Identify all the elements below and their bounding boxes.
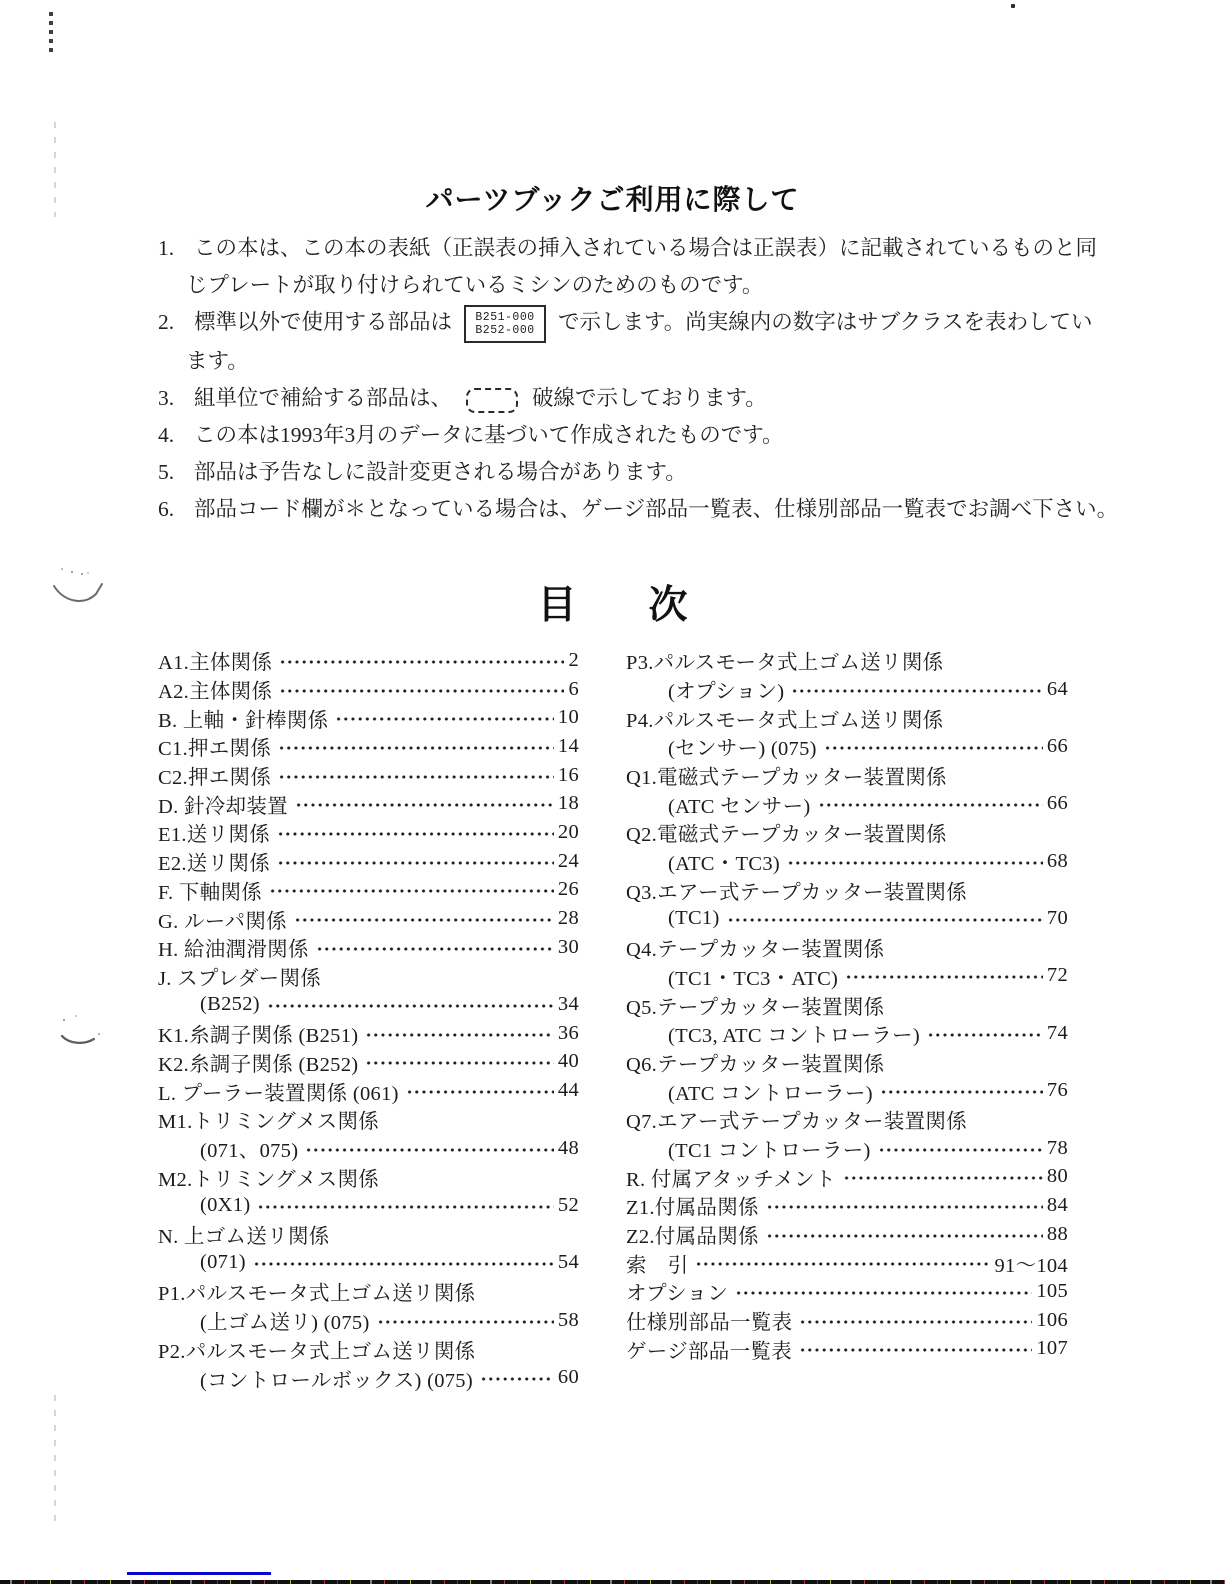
toc-entry-label: P4.パルスモータ式上ゴム送リ関係 (626, 703, 943, 733)
toc-entry-page: 107 (1036, 1337, 1068, 1360)
toc-leader-dots (480, 1363, 554, 1392)
note-2-line-1: 2.標準以外で使用する部品はB251-000B252-000で示します。尚実線内… (158, 304, 1073, 343)
toc-entry-page: 30 (558, 936, 579, 959)
toc-entry: 仕様別部品一覧表 106 (626, 1306, 1068, 1335)
toc-entry-page: 66 (1047, 792, 1068, 815)
toc-entry-page: 60 (558, 1366, 579, 1389)
toc-entry-page: 2 (568, 649, 579, 672)
toc-entry-label: (B252) (200, 993, 260, 1016)
toc-entry: (ATC センサー) 66 (626, 789, 1068, 818)
toc-entry-label: H. 給油潤滑関係 (158, 932, 309, 962)
toc-entry: (TC1) 70 (626, 904, 1068, 933)
toc-entry: (オプション) 64 (626, 675, 1068, 704)
toc-entry-label: E2.送リ関係 (158, 846, 270, 876)
note-number: 1. (158, 230, 194, 267)
toc-entry: P2.パルスモータ式上ゴム送リ関係 (158, 1335, 579, 1364)
toc-heading-char: 目 (537, 574, 576, 630)
toc-leader-dots (766, 1220, 1043, 1249)
toc-entry: P3.パルスモータ式上ゴム送リ関係 (626, 646, 1068, 675)
toc-entry-page: 18 (558, 792, 579, 815)
toc-leader-dots (787, 847, 1043, 876)
toc-entry-label: (ATC・TC3) (668, 846, 780, 876)
toc-leader-dots (267, 990, 554, 1019)
toc-leader-dots (279, 675, 564, 704)
toc-entry: (071、075) 48 (158, 1134, 579, 1163)
toc-entry-page: 76 (1047, 1079, 1068, 1102)
toc-heading-char: 次 (649, 574, 688, 630)
toc-entry: (0X1) 52 (158, 1191, 579, 1220)
toc-entry-label: (071) (200, 1251, 246, 1274)
toc-entry-page: 48 (558, 1137, 579, 1160)
toc-entry-page: 64 (1047, 678, 1068, 701)
toc-entry-label: (オプション) (668, 674, 784, 704)
toc-leader-dots (277, 818, 554, 847)
toc-entry-page: 16 (558, 764, 579, 787)
toc-leader-dots (328, 962, 575, 991)
toc-leader-dots (279, 646, 564, 675)
toc-entry-label: P1.パルスモータ式上ゴム送リ関係 (158, 1276, 475, 1306)
toc-leader-dots (735, 1277, 1032, 1306)
scan-artifact-left-edge-dashes (54, 1395, 56, 1530)
note-1-line-1: 1.この本は、この本の表紙（正誤表の挿入されている場合は正誤表）に記載されている… (158, 230, 1073, 267)
toc-entry-page: 34 (558, 993, 579, 1016)
note-2-line-2: ます。 (158, 343, 1073, 380)
note-text: で示します。尚実線内の数字はサブクラスを表わしてい (558, 310, 1093, 334)
toc-entry-label: (TC1 コントローラー) (668, 1133, 871, 1163)
note-number: 4. (158, 417, 194, 454)
toc-entry-page: 10 (558, 706, 579, 729)
toc-entry: Q4.テープカッター装置関係 (626, 933, 1068, 962)
note-text: 部品は予告なしに設計変更される場合があります。 (194, 460, 687, 484)
note-6-line-1: 6.部品コード欄が＊となっている場合は、ゲージ部品一覧表、仕様別部品一覧表でお調… (158, 491, 1073, 528)
toc-entry: Z2.付属品関係 88 (626, 1220, 1068, 1249)
toc-entry: (TC1・TC3・ATC) 72 (626, 962, 1068, 991)
toc-entry-page: 14 (558, 735, 579, 758)
toc-entry-page: 105 (1036, 1280, 1068, 1303)
toc-entry: (センサー) (075) 66 (626, 732, 1068, 761)
toc-entry: (071) 54 (158, 1248, 579, 1277)
note-3-line-1: 3.組単位で補給する部品は、破線で示しております。 (158, 380, 1073, 417)
toc-entry: (コントロールボックス) (075) 60 (158, 1363, 579, 1392)
toc-entry: ゲージ部品一覧表 107 (626, 1335, 1068, 1364)
toc-entry-label: A1.主体関係 (158, 645, 272, 675)
toc-entry-label: (ATC センサー) (668, 789, 811, 819)
toc-leader-dots (253, 1248, 554, 1277)
toc-entry: L. プーラー装置関係 (061) 44 (158, 1076, 579, 1105)
toc-entry: R. 付属アタッチメント 80 (626, 1162, 1068, 1191)
toc-entry-label: A2.主体関係 (158, 674, 272, 704)
toc-entry-label: K1.糸調子関係 (B251) (158, 1018, 358, 1048)
toc-entry: Q5.テープカッター装置関係 (626, 990, 1068, 1019)
toc-entry-label: 仕様別部品一覧表 (626, 1305, 792, 1335)
toc-entry-page: 84 (1047, 1194, 1068, 1217)
toc-leader-dots (386, 1105, 575, 1134)
toc-entry-page: 36 (558, 1022, 579, 1045)
toc-leader-dots (377, 1306, 554, 1335)
toc-entry: B. 上軸・針棒関係 10 (158, 703, 579, 732)
toc-column-right: P3.パルスモータ式上ゴム送リ関係 (オプション) 64 P4.パルスモータ式上… (626, 646, 1068, 1363)
toc-leader-dots (295, 789, 554, 818)
toc-leader-dots (799, 1335, 1032, 1364)
toc-entry: Q6.テープカッター装置関係 (626, 1048, 1068, 1077)
toc-entry: G. ルーパ関係 28 (158, 904, 579, 933)
toc-entry-label: C2.押エ関係 (158, 760, 271, 790)
toc-leader-dots (891, 933, 1064, 962)
toc-entry-page: 74 (1047, 1022, 1068, 1045)
toc-entry: J. スプレダー関係 (158, 962, 579, 991)
toc-entry-page: 52 (558, 1194, 579, 1217)
toc-entry-label: L. プーラー装置関係 (061) (158, 1076, 399, 1106)
subclass-code-line: B252-000 (475, 324, 534, 337)
toc-entry-label: (TC1・TC3・ATC) (668, 961, 838, 991)
toc-entry-page: 20 (558, 821, 579, 844)
toc-entry: C2.押エ関係 16 (158, 761, 579, 790)
toc-entry-label: D. 針冷却装置 (158, 789, 288, 819)
toc-entry: Q3.エアー式テープカッター装置関係 (626, 876, 1068, 905)
toc-entry-label: (071、075) (200, 1133, 298, 1163)
toc-entry-label: (ATC コントローラー) (668, 1076, 873, 1106)
toc-entry-page: 26 (558, 878, 579, 901)
note-4-line-1: 4.この本は1993年3月のデータに基づいて作成されたものです。 (158, 417, 1073, 454)
toc-leader-dots (974, 1105, 1064, 1134)
document-title: パーツブックご利用に際して (0, 178, 1225, 218)
note-number: 6. (158, 491, 194, 528)
toc-entry-page: 44 (558, 1079, 579, 1102)
dashed-group-box (466, 388, 518, 413)
toc-entry-label: P3.パルスモータ式上ゴム送リ関係 (626, 645, 943, 675)
toc-entry-label: F. 下軸関係 (158, 875, 262, 905)
toc-leader-dots (974, 876, 1064, 905)
scanned-parts-book-page: パーツブックご利用に際して 1.この本は、この本の表紙（正誤表の挿入されている場… (0, 0, 1225, 1585)
toc-leader-dots (277, 847, 554, 876)
toc-entry-label: M2.トリミングメス関係 (158, 1162, 379, 1192)
toc-leader-dots (950, 646, 1064, 675)
toc-entry-page: 54 (558, 1251, 579, 1274)
note-text: この本は1993年3月のデータに基づいて作成されたものです。 (194, 423, 784, 447)
note-text: 組単位で補給する部品は、 (194, 386, 452, 410)
toc-leader-dots (294, 904, 554, 933)
toc-entry-label: オプション (626, 1276, 728, 1306)
note-number: 5. (158, 454, 194, 491)
toc-entry: M2.トリミングメス関係 (158, 1162, 579, 1191)
toc-leader-dots (954, 818, 1064, 847)
toc-entry-label: P2.パルスモータ式上ゴム送リ関係 (158, 1334, 475, 1364)
toc-entry: Z1.付属品関係 84 (626, 1191, 1068, 1220)
toc-leader-dots (727, 904, 1043, 933)
note-1-line-2: じプレートが取り付けられているミシンのためのものです。 (158, 267, 1073, 304)
toc-entry-label: Q5.テープカッター装置関係 (626, 990, 884, 1020)
toc-entry: (TC3, ATC コントローラー) 74 (626, 1019, 1068, 1048)
toc-entry-page: 70 (1047, 907, 1068, 930)
toc-leader-dots (791, 675, 1042, 704)
toc-entry-label: (コントロールボックス) (075) (200, 1363, 473, 1393)
toc-leader-dots (316, 933, 554, 962)
toc-entry-label: (TC1) (668, 907, 720, 930)
toc-entry: (上ゴム送リ) (075) 58 (158, 1306, 579, 1335)
toc-entry-label: Q4.テープカッター装置関係 (626, 932, 884, 962)
toc-entry-page: 24 (558, 850, 579, 873)
toc-entry-page: 68 (1047, 850, 1068, 873)
toc-entry-page: 91〜104 (994, 1248, 1068, 1278)
toc-leader-dots (337, 1220, 575, 1249)
toc-entry: H. 給油潤滑関係 30 (158, 933, 579, 962)
toc-leader-dots (365, 1048, 554, 1077)
toc-leader-dots (799, 1306, 1032, 1335)
toc-entry-page: 72 (1047, 964, 1068, 987)
toc-entry-label: M1.トリミングメス関係 (158, 1104, 379, 1134)
toc-entry: C1.押エ関係 14 (158, 732, 579, 761)
toc-leader-dots (269, 876, 554, 905)
toc-leader-dots (843, 1162, 1043, 1191)
toc-leader-dots (305, 1134, 554, 1163)
toc-leader-dots (406, 1076, 554, 1105)
toc-entry-label: Q7.エアー式テープカッター装置関係 (626, 1104, 967, 1134)
toc-entry-label: (センサー) (075) (668, 731, 817, 761)
toc-entry-label: Q6.テープカッター装置関係 (626, 1047, 884, 1077)
toc-entry: E1.送リ関係 20 (158, 818, 579, 847)
toc-entry-page: 106 (1036, 1309, 1068, 1332)
toc-leader-dots (257, 1191, 553, 1220)
toc-leader-dots (482, 1335, 575, 1364)
note-number: 2. (158, 304, 194, 341)
scan-artifact-top-left-dashes (49, 12, 53, 52)
toc-leader-dots (891, 1048, 1064, 1077)
toc-entry-label: (0X1) (200, 1194, 250, 1217)
toc-entry-label: J. スプレダー関係 (158, 961, 321, 991)
toc-entry-label: Q2.電磁式テープカッター装置関係 (626, 817, 947, 847)
toc-leader-dots (365, 1019, 554, 1048)
scan-artifact-top-right-dot (1011, 4, 1015, 8)
scan-artifact-blue-underline (127, 1572, 271, 1575)
toc-entry: Q2.電磁式テープカッター装置関係 (626, 818, 1068, 847)
toc-entry: A2.主体関係 6 (158, 675, 579, 704)
toc-leader-dots (695, 1248, 990, 1277)
note-number: 3. (158, 380, 194, 417)
note-text: 破線で示しております。 (532, 386, 767, 410)
toc-entry: F. 下軸関係 26 (158, 876, 579, 905)
toc-leader-dots (824, 732, 1043, 761)
toc-leader-dots (954, 761, 1064, 790)
note-text: この本は、この本の表紙（正誤表の挿入されている場合は正誤表）に記載されているもの… (194, 236, 1097, 260)
toc-entry: E2.送リ関係 24 (158, 847, 579, 876)
toc-entry: (ATC コントローラー) 76 (626, 1076, 1068, 1105)
toc-entry: (TC1 コントローラー) 78 (626, 1134, 1068, 1163)
toc-entry: P1.パルスモータ式上ゴム送リ関係 (158, 1277, 579, 1306)
toc-entry: D. 針冷却装置 18 (158, 789, 579, 818)
toc-entry: Q7.エアー式テープカッター装置関係 (626, 1105, 1068, 1134)
toc-entry-page: 58 (558, 1309, 579, 1332)
toc-leader-dots (386, 1162, 575, 1191)
toc-entry-page: 6 (568, 678, 579, 701)
toc-entry: 索 引 91〜104 (626, 1248, 1068, 1277)
toc-entry-label: Z2.付属品関係 (626, 1219, 759, 1249)
subclass-code-box: B251-000B252-000 (464, 305, 546, 343)
note-text: 部品コード欄が＊となっている場合は、ゲージ部品一覧表、仕様別部品一覧表でお調べ下… (194, 497, 1118, 521)
toc-entry: K1.糸調子関係 (B251) 36 (158, 1019, 579, 1048)
toc-entry: M1.トリミングメス関係 (158, 1105, 579, 1134)
usage-notes: 1.この本は、この本の表紙（正誤表の挿入されている場合は正誤表）に記載されている… (158, 230, 1073, 528)
toc-column-left: A1.主体関係 2 A2.主体関係 6 B. 上軸・針棒関係 10 C1.押エ関… (158, 646, 579, 1392)
toc-entry: P4.パルスモータ式上ゴム送リ関係 (626, 703, 1068, 732)
toc-entry-label: (上ゴム送リ) (075) (200, 1305, 370, 1335)
toc-leader-dots (766, 1191, 1043, 1220)
toc-entry: A1.主体関係 2 (158, 646, 579, 675)
toc-leader-dots (482, 1277, 575, 1306)
toc-entry-label: E1.送リ関係 (158, 817, 270, 847)
toc-entry: N. 上ゴム送リ関係 (158, 1220, 579, 1249)
toc-entry-label: G. ルーパ関係 (158, 904, 287, 934)
toc-leader-dots (927, 1019, 1043, 1048)
toc-entry-label: Z1.付属品関係 (626, 1190, 759, 1220)
subclass-code-line: B251-000 (475, 311, 534, 324)
toc-entry: (B252) 34 (158, 990, 579, 1019)
toc-entry-page: 66 (1047, 735, 1068, 758)
toc-heading: 目 次 (0, 574, 1225, 630)
toc-entry-label: ゲージ部品一覧表 (626, 1334, 792, 1364)
toc-leader-dots (335, 703, 553, 732)
toc-entry-label: (TC3, ATC コントローラー) (668, 1018, 920, 1048)
toc-entry-page: 80 (1047, 1165, 1068, 1188)
toc-entry-page: 28 (558, 907, 579, 930)
toc-entry-label: B. 上軸・針棒関係 (158, 703, 328, 733)
toc-entry-label: Q3.エアー式テープカッター装置関係 (626, 875, 967, 905)
toc-leader-dots (880, 1076, 1043, 1105)
toc-leader-dots (845, 962, 1043, 991)
toc-entry-label: C1.押エ関係 (158, 731, 271, 761)
toc-leader-dots (891, 990, 1064, 1019)
toc-entry-label: K2.糸調子関係 (B252) (158, 1047, 358, 1077)
scan-artifact-bottom-edge (0, 1580, 1225, 1584)
pen-mark-curve (54, 1012, 110, 1056)
toc-leader-dots (278, 761, 554, 790)
toc-entry-label: R. 付属アタッチメント (626, 1162, 836, 1192)
toc-entry-page: 88 (1047, 1223, 1068, 1246)
toc-entry: (ATC・TC3) 68 (626, 847, 1068, 876)
toc-entry: Q1.電磁式テープカッター装置関係 (626, 761, 1068, 790)
toc-entry-label: N. 上ゴム送リ関係 (158, 1219, 330, 1249)
toc-entry-label: Q1.電磁式テープカッター装置関係 (626, 760, 947, 790)
note-text: 標準以外で使用する部品は (194, 310, 452, 334)
toc-leader-dots (950, 703, 1064, 732)
toc-leader-dots (878, 1134, 1043, 1163)
toc-entry-page: 78 (1047, 1137, 1068, 1160)
note-5-line-1: 5.部品は予告なしに設計変更される場合があります。 (158, 454, 1073, 491)
toc-entry-page: 40 (558, 1050, 579, 1073)
toc-leader-dots (818, 789, 1043, 818)
toc-leader-dots (278, 732, 554, 761)
toc-entry-label: 索 引 (626, 1248, 688, 1278)
toc-entry: K2.糸調子関係 (B252) 40 (158, 1048, 579, 1077)
toc-entry: オプション 105 (626, 1277, 1068, 1306)
